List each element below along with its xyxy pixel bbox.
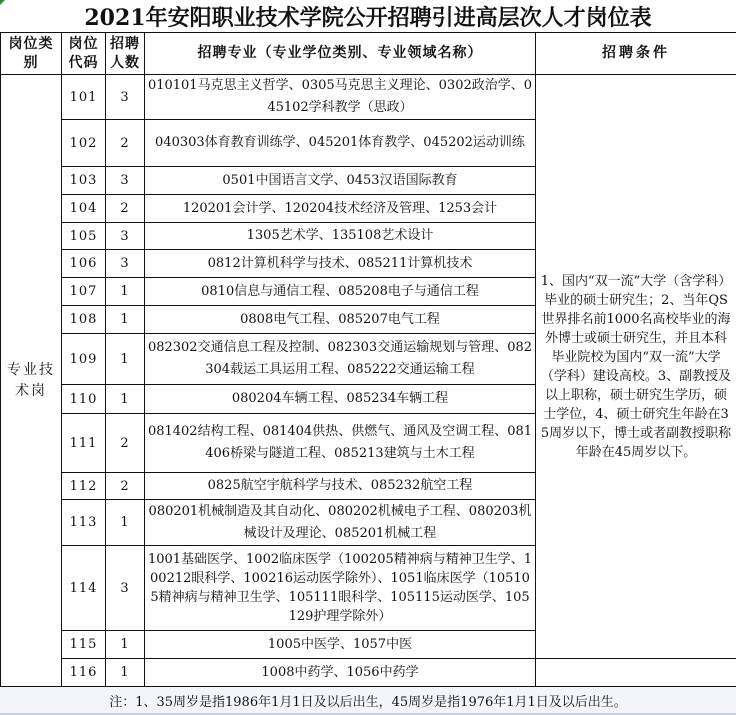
position-code: 114 — [62, 546, 106, 631]
position-code: 113 — [62, 500, 106, 546]
footnote: 注：1、35周岁是指1986年1月1日及以后出生，45周岁是指1976年1月1日… — [0, 686, 736, 715]
position-code: 103 — [62, 167, 106, 195]
position-code: 104 — [62, 195, 106, 223]
category-cell: 专业技术岗 — [1, 75, 62, 687]
position-code: 106 — [62, 250, 106, 278]
position-code: 105 — [62, 223, 106, 250]
empty-conditions-cell — [536, 659, 736, 687]
major-cell: 1001基础医学、1002临床医学（100205精神病与精神卫生学、100212… — [145, 546, 536, 631]
major-cell: 1005中医学、1057中医 — [145, 631, 536, 659]
major-cell: 081402结构工程、081404供热、供燃气、通风及空调工程、081406桥梁… — [145, 414, 536, 473]
hire-count: 1 — [106, 500, 145, 546]
major-cell: 1305艺术学、135108艺术设计 — [145, 223, 536, 250]
major-cell: 080204车辆工程、085234车辆工程 — [145, 385, 536, 414]
hire-count: 2 — [106, 414, 145, 473]
positions-table: 岗位类别 岗位代码 招聘人数 招聘专业（专业学位类别、专业领域名称） 招聘条件 … — [0, 32, 736, 687]
header-code: 岗位代码 — [62, 33, 106, 75]
conditions-cell: 1、国内“双一流”大学（含学科）毕业的硕士研究生；2、当年QS世界排名前1000… — [536, 75, 736, 659]
header-category: 岗位类别 — [1, 33, 62, 75]
header-count: 招聘人数 — [106, 33, 145, 75]
hire-count: 2 — [106, 120, 145, 167]
header-conditions: 招聘条件 — [536, 33, 736, 75]
position-code: 110 — [62, 385, 106, 414]
page-title: 2021年安阳职业技术学院公开招聘引进高层次人才岗位表 — [0, 0, 736, 32]
hire-count: 1 — [106, 631, 145, 659]
major-cell: 040303体育教育训练学、045201体育教学、045202运动训练 — [145, 120, 536, 167]
hire-count: 3 — [106, 250, 145, 278]
hire-count: 3 — [106, 223, 145, 250]
table-row: 专业技术岗 101 3 010101马克思主义哲学、0305马克思主义理论、03… — [1, 75, 736, 120]
header-row: 岗位类别 岗位代码 招聘人数 招聘专业（专业学位类别、专业领域名称） 招聘条件 — [1, 33, 736, 75]
major-cell: 1008中药学、1056中药学 — [145, 659, 536, 687]
hire-count: 1 — [106, 659, 145, 687]
major-cell: 0810信息与通信工程、085208电子与通信工程 — [145, 278, 536, 306]
position-code: 112 — [62, 473, 106, 500]
position-code: 109 — [62, 334, 106, 385]
hire-count: 2 — [106, 473, 145, 500]
major-cell: 0812计算机科学与技术、085211计算机技术 — [145, 250, 536, 278]
position-code: 102 — [62, 120, 106, 167]
hire-count: 1 — [106, 306, 145, 334]
hire-count: 1 — [106, 278, 145, 306]
hire-count: 1 — [106, 334, 145, 385]
major-cell: 0825航空宇航科学与技术、085232航空工程 — [145, 473, 536, 500]
table-row: 116 1 1008中药学、1056中药学 — [1, 659, 736, 687]
header-major: 招聘专业（专业学位类别、专业领域名称） — [145, 33, 536, 75]
major-cell: 082302交通信息工程及控制、082303交通运输规划与管理、082304载运… — [145, 334, 536, 385]
major-cell: 0501中国语言文学、0453汉语国际教育 — [145, 167, 536, 195]
position-code: 111 — [62, 414, 106, 473]
hire-count: 3 — [106, 75, 145, 120]
position-code: 108 — [62, 306, 106, 334]
position-code: 115 — [62, 631, 106, 659]
major-cell: 080201机械制造及其自动化、080202机械电子工程、080203机械设计及… — [145, 500, 536, 546]
major-cell: 0808电气工程、085207电气工程 — [145, 306, 536, 334]
hire-count: 1 — [106, 385, 145, 414]
major-cell: 120201会计学、120204技术经济及管理、1253会计 — [145, 195, 536, 223]
position-code: 101 — [62, 75, 106, 120]
hire-count: 2 — [106, 195, 145, 223]
position-code: 116 — [62, 659, 106, 687]
position-code: 107 — [62, 278, 106, 306]
hire-count: 3 — [106, 546, 145, 631]
major-cell: 010101马克思主义哲学、0305马克思主义理论、0302政治学、045102… — [145, 75, 536, 120]
hire-count: 3 — [106, 167, 145, 195]
